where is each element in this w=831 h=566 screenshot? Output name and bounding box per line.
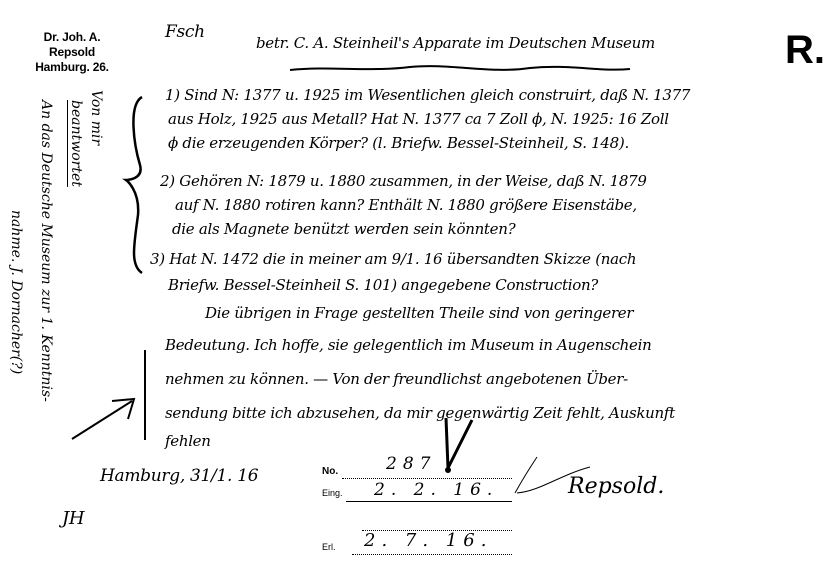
margin-note-museum-text1: An das Deutsche Museum zur 1. Kenntnis- xyxy=(38,100,54,402)
register-no-label: No. xyxy=(322,466,338,477)
subject-underline xyxy=(290,62,630,76)
check-mark xyxy=(440,418,480,488)
closing-line5: fehlen xyxy=(165,432,211,450)
arrow-icon xyxy=(70,395,140,445)
item3-line1: 3) Hat N. 1472 die in meiner am 9/1. 16 … xyxy=(150,250,636,268)
signature-flourish xyxy=(515,455,595,495)
item3-line2: Briefw. Bessel-Steinheil S. 101) angegeb… xyxy=(168,276,598,294)
margin-bar xyxy=(144,350,146,440)
closing-line3: nehmen zu können. — Von der freundlichst… xyxy=(165,370,628,388)
item1-line1: 1) Sind N: 1377 u. 1925 im Wesentlichen … xyxy=(165,86,690,104)
top-initial: Fsch xyxy=(165,22,205,42)
subject-line: betr. C. A. Steinheil's Apparate im Deut… xyxy=(256,34,655,52)
initials: JH xyxy=(62,508,84,529)
item1-line2: aus Holz, 1925 aus Metall? Hat N. 1377 c… xyxy=(168,110,669,128)
received-stamp: R. xyxy=(785,30,825,70)
register-done-label: Erl. xyxy=(322,542,336,552)
margin-note-museum-line2: nahme. J. Dornacher(?) xyxy=(8,210,24,550)
letterhead-name: Dr. Joh. A. Repsold xyxy=(22,30,122,60)
margin-note-answered-2: beantwortet xyxy=(68,100,84,260)
register-line xyxy=(346,501,512,502)
item2-line3: die als Magnete benützt werden sein könn… xyxy=(172,220,515,238)
margin-note-answered-line1: Von mir xyxy=(88,90,104,145)
letterhead-city: Hamburg. 26. xyxy=(22,60,122,75)
margin-note-answered-line2: beantwortet xyxy=(68,100,84,187)
register-line xyxy=(352,554,512,555)
register-number: 287 xyxy=(386,454,436,474)
letterhead: Dr. Joh. A. Repsold Hamburg. 26. xyxy=(22,30,122,75)
register-received-label: Eing. xyxy=(322,488,343,498)
item2-line1: 2) Gehören N: 1879 u. 1880 zusammen, in … xyxy=(160,172,647,190)
registration-stamp: No. 287 Eing. 2. 2. 16. Erl. 2. 7. 16. xyxy=(322,458,512,558)
closing-line1: Die übrigen in Frage gestellten Theile s… xyxy=(205,304,633,322)
margin-note-museum-text2: nahme. J. Dornacher(?) xyxy=(8,210,24,374)
margin-brace xyxy=(120,95,150,275)
closing-line4: sendung bitte ich abzusehen, da mir gege… xyxy=(165,404,675,422)
place-date: Hamburg, 31/1. 16 xyxy=(100,466,258,486)
register-line xyxy=(342,478,512,479)
item2-line2: auf N. 1880 rotiren kann? Enthält N. 188… xyxy=(175,196,637,214)
item1-line3: ϕ die erzeugenden Körper? (l. Briefw. Be… xyxy=(168,134,629,152)
margin-note-answered: Von mir xyxy=(88,90,104,250)
margin-note-museum-line1: An das Deutsche Museum zur 1. Kenntnis- xyxy=(38,100,54,540)
closing-line2: Bedeutung. Ich hoffe, sie gelegentlich i… xyxy=(165,336,651,354)
register-done-date: 2. 7. 16. xyxy=(364,530,492,551)
